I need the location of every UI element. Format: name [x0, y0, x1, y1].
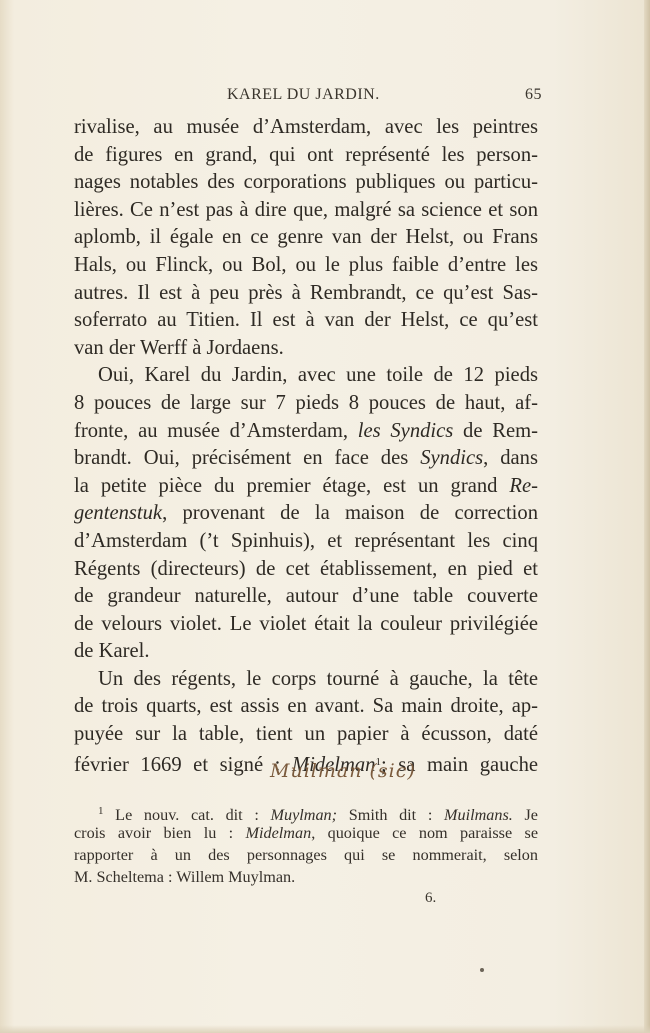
italic-term: Re-: [509, 475, 538, 497]
paragraph-2-line: 8 pouces de large sur 7 pieds 8 pouces d…: [74, 390, 538, 418]
text-line: soferrato au Titien. Il est à van der He…: [74, 307, 538, 335]
body-text: rivalise, au musée d’Amsterdam, avec les…: [74, 114, 538, 776]
running-title: KAREL DU JARDIN.: [227, 86, 380, 104]
paragraph-2-line: Oui, Karel du Jardin, avec une toile de …: [74, 362, 538, 390]
paragraph-2-line: de Karel.: [74, 638, 538, 666]
page-edge: [644, 0, 650, 1033]
page-edge-bottom: [0, 1025, 650, 1033]
italic-term: gentenstuk: [74, 502, 162, 524]
paragraph-3-line: de trois quarts, est assis en avant. Sa …: [74, 693, 538, 721]
text-run: brandt. Oui, précisément en face des: [74, 447, 420, 469]
footnote-line: crois avoir bien lu : Midelman, quoique …: [74, 822, 538, 844]
text-line: autres. Il est à peu près à Rembrandt, c…: [74, 280, 538, 308]
footnote-line: rapporter à un des personnages qui se no…: [74, 844, 538, 866]
text-run: , dans: [483, 447, 538, 469]
book-page: KAREL DU JARDIN. 65 rivalise, au musée d…: [0, 0, 650, 1033]
paragraph-2-line: d’Amsterdam (’t Spinhuis), et représenta…: [74, 528, 538, 556]
paragraph-2-line: fronte, au musée d’Amsterdam, les Syndic…: [74, 418, 538, 446]
text-line: aplomb, il égale en ce genre van der Hel…: [74, 224, 538, 252]
signature-mark: 6.: [425, 890, 436, 907]
text-run: crois avoir bien lu :: [74, 824, 246, 842]
paragraph-2-line: de velours violet. Le violet était la co…: [74, 611, 538, 639]
italic-name: Midelman: [246, 824, 312, 842]
paragraph-2-line: brandt. Oui, précisément en face des Syn…: [74, 445, 538, 473]
text-line: lières. Ce n’est pas à dire que, malgré …: [74, 197, 538, 225]
paper-speck: [480, 968, 484, 972]
page-number: 65: [525, 86, 542, 104]
footnote: 1 Le nouv. cat. dit : Muylman; Smith dit…: [74, 800, 538, 888]
text-run: , quoique ce nom paraisse se: [311, 824, 538, 842]
text-run: février 1669 et signé :: [74, 754, 292, 776]
text-run: , provenant de la maison de correction: [162, 502, 538, 524]
italic-title: les Syndics: [358, 420, 454, 442]
footnote-line: 1 Le nouv. cat. dit : Muylman; Smith dit…: [74, 800, 538, 822]
footnote-line: M. Scheltema : Willem Muylman.: [74, 866, 538, 888]
italic-title: Syndics: [420, 447, 483, 469]
running-head: KAREL DU JARDIN. 65: [72, 86, 542, 110]
text-run: de Rem-: [453, 420, 538, 442]
text-line: rivalise, au musée d’Amsterdam, avec les…: [74, 114, 538, 142]
paragraph-3-line: Un des régents, le corps tourné à gauche…: [74, 666, 538, 694]
paragraph-2-line: Régents (directeurs) de cet établissemen…: [74, 556, 538, 584]
text-run: la petite pièce du premier étage, est un…: [74, 475, 509, 497]
handwritten-annotation: Muilman (sic): [270, 760, 416, 782]
text-line: nages notables des corporations publique…: [74, 169, 538, 197]
paragraph-2-line: la petite pièce du premier étage, est un…: [74, 473, 538, 501]
text-line: de figures en grand, qui ont représenté …: [74, 142, 538, 170]
paragraph-2-line: de grandeur naturelle, autour d’une tabl…: [74, 583, 538, 611]
paragraph-3-line: puyée sur la table, tient un papier à éc…: [74, 721, 538, 749]
text-line: Hals, ou Flinck, ou Bol, ou le plus faib…: [74, 252, 538, 280]
text-line: van der Werff à Jordaens.: [74, 335, 538, 363]
text-run: fronte, au musée d’Amsterdam,: [74, 420, 358, 442]
paragraph-2-line: gentenstuk, provenant de la maison de co…: [74, 500, 538, 528]
